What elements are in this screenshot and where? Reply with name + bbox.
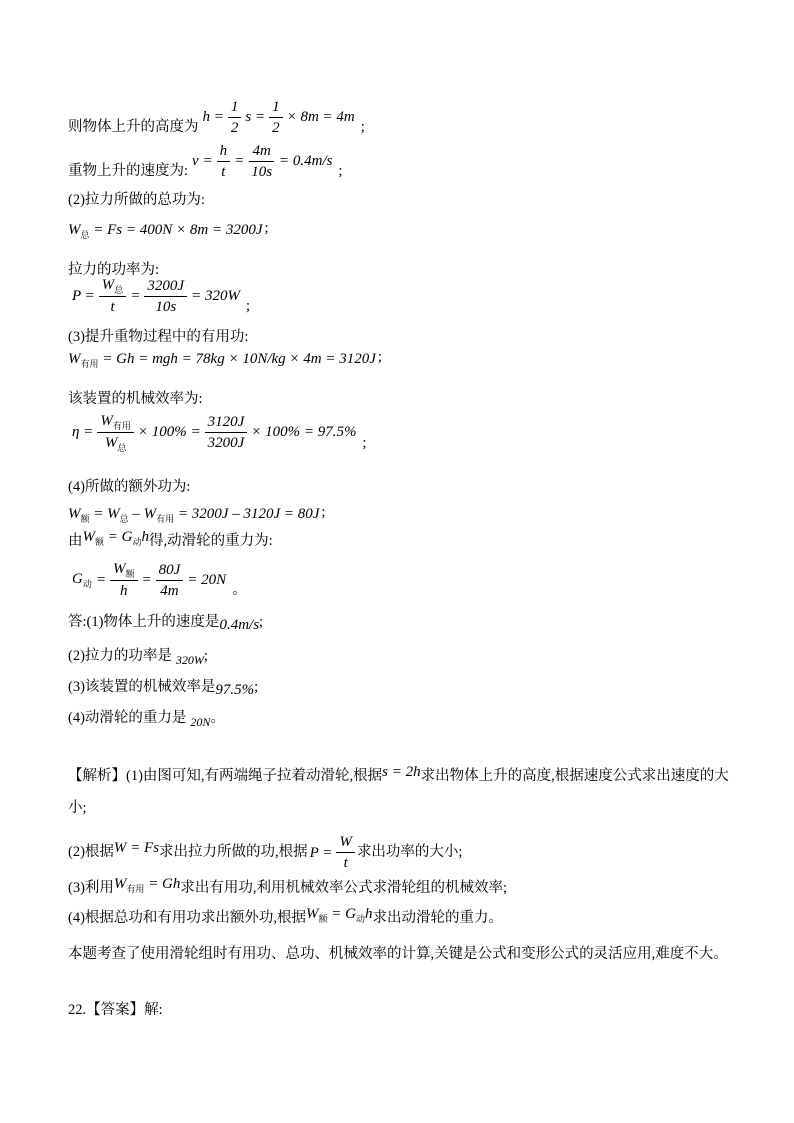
variable: W	[306, 906, 319, 922]
fraction-numerator: 1	[269, 98, 283, 118]
power-formula-line: P = W总t = 3200J10s = 320W ;	[68, 276, 250, 318]
variable: W	[102, 277, 115, 293]
variable: W	[68, 506, 81, 522]
variable: W	[100, 413, 113, 429]
note-text: 本题考查了使用滑轮组时有用功、总功、机械效率的计算,关键是公式和变形公式的灵活应…	[68, 946, 728, 962]
formula-part: – W	[129, 506, 157, 522]
section-label: (2)拉力所做的总功为:	[68, 190, 205, 212]
useful-work-formula: W有用 = Gh = mgh = 78kg × 10N/kg × 4m = 31…	[68, 351, 376, 369]
analysis-text: (2)根据	[68, 844, 114, 860]
formula-part: = 20N	[187, 572, 226, 589]
fraction-denominator: t	[218, 162, 228, 181]
fraction-numerator: W额	[110, 560, 138, 581]
extra-work-formula: W额 = W总 – W有用 = 3200J – 3120J = 80J	[68, 506, 319, 524]
subscript: 有用	[113, 421, 131, 431]
formula-part: = G	[104, 529, 132, 545]
fraction: ht	[217, 142, 231, 181]
inline-formula: W有用 = Gh	[114, 876, 180, 892]
inline-formula: W = Fs	[114, 840, 159, 856]
punctuation: ;	[265, 218, 269, 240]
speed-formula-line: 重物上升的速度为: v = ht = 4m10s = 0.4m/s ;	[68, 142, 343, 183]
punctuation: ;	[204, 646, 208, 668]
punctuation: ;	[361, 117, 365, 139]
formula-part: × 8m = 4m	[287, 109, 355, 126]
fraction: W额h	[110, 560, 138, 600]
answer-value: 20N	[190, 715, 210, 730]
variable: W	[114, 876, 127, 892]
inline-formula: s = 2h	[382, 764, 420, 780]
section-label: (4)所做的额外功为:	[68, 477, 190, 499]
variable: G	[72, 571, 83, 587]
punctuation: ;	[378, 347, 382, 369]
inline-fraction-formula: P =Wt	[308, 833, 357, 873]
speed-formula: v = ht = 4m10s = 0.4m/s	[190, 142, 334, 181]
answer-text: (2)拉力的功率是	[68, 646, 172, 668]
subscript: 有用	[126, 884, 144, 894]
punctuation: 。	[210, 708, 225, 730]
analysis-text: (1)由图可知,有两端绳子拉着动滑轮,根据	[126, 768, 382, 784]
fraction: 3120J3200J	[205, 413, 248, 452]
height-label: 则物体上升的高度为	[68, 117, 199, 139]
fraction: 12	[269, 98, 283, 137]
extra-work-formula-line: W额 = W总 – W有用 = 3200J – 3120J = 80J ;	[68, 502, 325, 524]
analysis-text: 求出拉力所做的功,根据	[159, 844, 308, 860]
punctuation: ;	[321, 502, 325, 524]
formula-part: h =	[203, 109, 224, 126]
analysis-tag: 【解析】	[68, 768, 126, 784]
pulley-weight-formula-line: G动 = W额h = 80J4m = 20N 。	[68, 560, 247, 602]
punctuation: ;	[246, 296, 250, 318]
formula-part: P =	[310, 833, 333, 873]
fraction-denominator: 3200J	[205, 433, 248, 452]
variable: h	[365, 906, 373, 922]
question-22-header: 22. 【答案】 解:	[68, 1000, 163, 1022]
variable: W	[68, 222, 81, 238]
fraction-numerator: h	[217, 142, 231, 162]
fraction-denominator: 2	[269, 118, 283, 137]
subscript: 额	[95, 537, 104, 547]
answer-tag: 【答案】	[86, 1000, 144, 1022]
inline-formula: W额 = G动h	[306, 906, 373, 922]
speed-label: 重物上升的速度为:	[68, 161, 188, 183]
efficiency-formula-line: η = W有用W总 × 100% = 3120J3200J × 100% = 9…	[68, 412, 367, 455]
fraction-denominator: t	[107, 297, 117, 316]
fraction-numerator: 3200J	[144, 277, 187, 297]
question-number: 22.	[68, 1000, 86, 1022]
subscript: 额	[125, 569, 134, 579]
variable: W	[105, 435, 118, 451]
formula-part: η =	[72, 424, 93, 441]
fraction: W总t	[99, 276, 127, 316]
section-label: (3)提升重物过程中的有用功:	[68, 327, 248, 349]
fraction-denominator: t	[341, 853, 351, 872]
formula-part: = Gh	[144, 876, 180, 892]
subscript: 有用	[156, 514, 174, 524]
fraction: 4m10s	[248, 142, 275, 181]
analysis-paragraph-1: 【解析】(1)由图可知,有两端绳子拉着动滑轮,根据s = 2h求出物体上升的高度…	[68, 760, 744, 824]
punctuation: 。	[232, 580, 247, 602]
answer-line-2: (2)拉力的功率是 320W ;	[68, 646, 208, 668]
fraction-denominator: h	[117, 581, 131, 600]
subscript: 动	[356, 914, 365, 924]
intro-text: 由	[68, 531, 83, 553]
answer-line-4: (4)动滑轮的重力是 20N 。	[68, 708, 225, 730]
fraction-numerator: W	[336, 833, 355, 853]
subscript: 总	[81, 230, 90, 240]
fraction-numerator: 3120J	[205, 413, 248, 433]
formula-part: =	[234, 153, 244, 170]
formula-part: =	[96, 572, 106, 589]
subscript: 总	[114, 285, 123, 295]
formula-part: =	[142, 572, 152, 589]
formula-part: = 320W	[191, 288, 240, 305]
formula-part: s =	[245, 109, 265, 126]
total-work-heading: (2)拉力所做的总功为:	[68, 190, 205, 212]
efficiency-heading: 该装置的机械效率为:	[68, 389, 203, 411]
height-formula: h = 12 s = 12 × 8m = 4m	[201, 98, 357, 137]
formula-part: = 0.4m/s	[279, 153, 332, 170]
pulley-weight-intro-line: 由 W额 = G动h 得,动滑轮的重力为:	[68, 531, 273, 553]
power-formula: P = W总t = 3200J10s = 320W	[70, 276, 242, 316]
total-work-formula-line: W总 = Fs = 400N × 8m = 3200J ;	[68, 218, 269, 240]
useful-work-heading: (3)提升重物过程中的有用功:	[68, 327, 248, 349]
answer-value: 97.5%	[215, 682, 254, 699]
fraction: 80J4m	[156, 561, 184, 600]
formula-part: P =	[72, 288, 95, 305]
answer-text: (3)该装置的机械效率是	[68, 677, 215, 699]
answer-value: 0.4m/s	[219, 617, 259, 634]
subscript: 额	[81, 514, 90, 524]
subscript: 总	[120, 514, 129, 524]
formula-part: v =	[192, 153, 213, 170]
analysis-paragraph-2: (2)根据W = Fs求出拉力所做的功,根据P =Wt求出功率的大小;	[68, 832, 744, 873]
fraction-numerator: 1	[228, 98, 242, 118]
formula-part: × 100% = 97.5%	[251, 424, 356, 441]
formula-part: = 3200J – 3120J = 80J	[174, 506, 319, 522]
variable: W	[113, 561, 126, 577]
intro-text: 得,动滑轮的重力为:	[149, 531, 273, 553]
answer-value: 320W	[176, 653, 204, 668]
fraction-denominator: 10s	[152, 297, 179, 316]
answer-text: 答:(1)物体上升的速度是	[68, 612, 219, 634]
formula-part: = W	[90, 506, 120, 522]
analysis-text: (3)利用	[68, 880, 114, 896]
formula-part: =	[130, 288, 140, 305]
analysis-paragraph-4: (4)根据总功和有用功求出额外功,根据W额 = G动h求出动滑轮的重力。	[68, 902, 744, 934]
analysis-text: 求出功率的大小;	[357, 844, 463, 860]
subscript: 有用	[81, 359, 99, 369]
formula-part: = Gh = mgh = 78kg × 10N/kg × 4m = 3120J	[99, 351, 376, 367]
summary-note: 本题考查了使用滑轮组时有用功、总功、机械效率的计算,关键是公式和变形公式的灵活应…	[68, 938, 744, 970]
fraction-numerator: 4m	[249, 142, 273, 162]
analysis-text: 求出动滑轮的重力。	[373, 910, 504, 926]
formula-part: = Fs = 400N × 8m = 3200J	[90, 222, 263, 238]
fraction-denominator: 10s	[248, 162, 275, 181]
document-page: 则物体上升的高度为 h = 12 s = 12 × 8m = 4m ; 重物上升…	[0, 0, 794, 1123]
subscript: 动	[132, 537, 141, 547]
fraction-denominator: 2	[228, 118, 242, 137]
variable: W	[68, 351, 81, 367]
inline-formula: W额 = G动h	[83, 529, 150, 547]
pulley-weight-formula: G动 = W额h = 80J4m = 20N	[70, 560, 228, 600]
fraction: 3200J10s	[144, 277, 187, 316]
formula-part: = G	[328, 906, 356, 922]
punctuation: ;	[259, 612, 263, 634]
fraction: Wt	[336, 833, 355, 872]
fraction-denominator: W总	[102, 433, 130, 453]
answer-text: (4)动滑轮的重力是	[68, 708, 186, 730]
variable: h	[142, 529, 150, 545]
variable-group: G动	[72, 571, 92, 589]
fraction: W有用W总	[97, 412, 134, 453]
fraction-numerator: W总	[99, 276, 127, 297]
total-work-formula: W总 = Fs = 400N × 8m = 3200J	[68, 222, 263, 240]
analysis-text: (4)根据总功和有用功求出额外功,根据	[68, 910, 306, 926]
answer-line-3: (3)该装置的机械效率是 97.5% ;	[68, 677, 258, 699]
fraction-denominator: 4m	[157, 581, 181, 600]
fraction-numerator: W有用	[97, 412, 134, 433]
punctuation: ;	[363, 433, 367, 455]
subscript: 总	[117, 443, 126, 453]
solution-label: 解:	[144, 1000, 163, 1022]
extra-work-heading: (4)所做的额外功为:	[68, 477, 190, 499]
section-label: 该装置的机械效率为:	[68, 389, 203, 411]
answer-line-1: 答:(1)物体上升的速度是 0.4m/s ;	[68, 612, 263, 634]
fraction-numerator: 80J	[156, 561, 184, 581]
analysis-text: 求出有用功,利用机械效率公式求滑轮组的机械效率;	[180, 880, 507, 896]
height-formula-line: 则物体上升的高度为 h = 12 s = 12 × 8m = 4m ;	[68, 98, 365, 139]
subscript: 额	[319, 914, 328, 924]
fraction: 12	[228, 98, 242, 137]
efficiency-formula: η = W有用W总 × 100% = 3120J3200J × 100% = 9…	[70, 412, 359, 453]
analysis-paragraph-3: (3)利用W有用 = Gh求出有用功,利用机械效率公式求滑轮组的机械效率;	[68, 872, 744, 904]
subscript: 动	[83, 579, 92, 589]
formula-part: × 100% =	[138, 424, 201, 441]
punctuation: ;	[254, 677, 258, 699]
punctuation: ;	[339, 161, 343, 183]
variable: W	[83, 529, 96, 545]
useful-work-formula-line: W有用 = Gh = mgh = 78kg × 10N/kg × 4m = 31…	[68, 347, 382, 369]
